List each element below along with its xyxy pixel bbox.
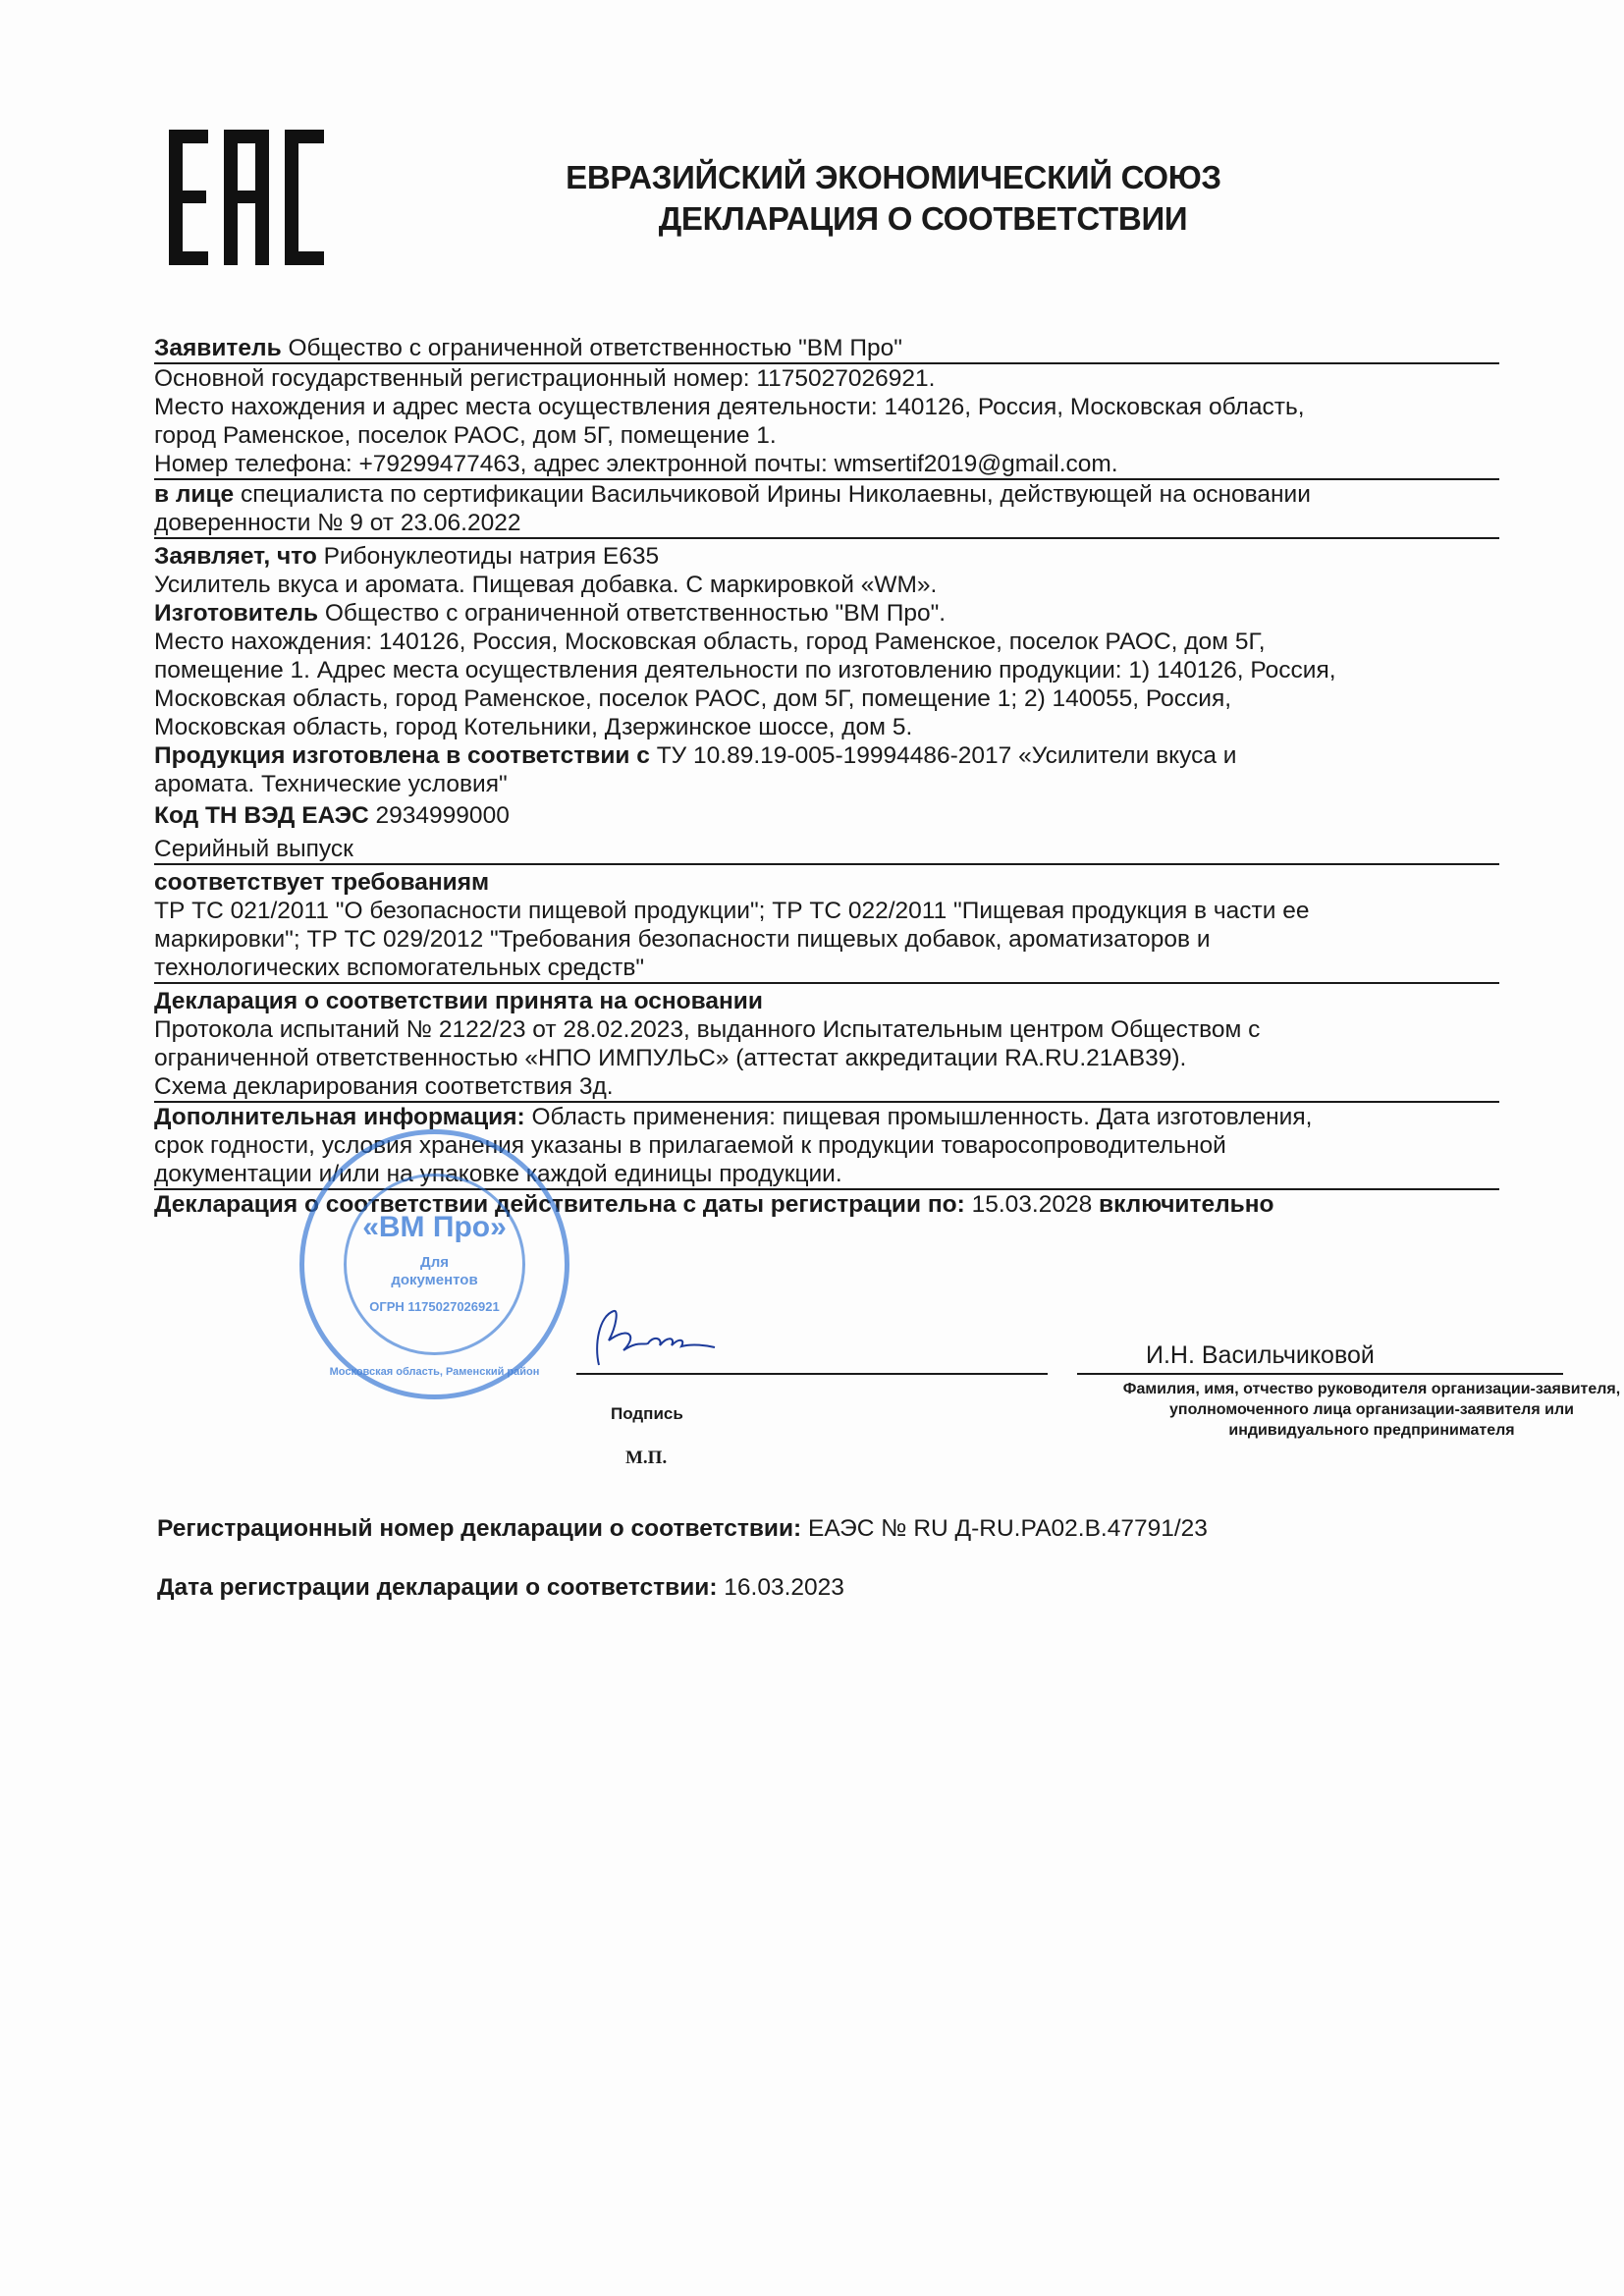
requirements-1: ТР ТС 021/2011 "О безопасности пищевой п…: [154, 897, 1499, 925]
declaration-body: Заявитель Общество с ограниченной ответс…: [154, 334, 1499, 1219]
rep-label: в лице: [154, 481, 234, 508]
registration-number-row: Регистрационный номер декларации о соотв…: [157, 1515, 1208, 1543]
name-line: [1077, 1373, 1563, 1375]
caption-line-2: уполномоченного лица организации-заявите…: [1077, 1399, 1624, 1420]
eac-logo: [169, 130, 324, 265]
caption-line-3: индивидуального предпринимателя: [1077, 1420, 1624, 1441]
reg-number-label: Регистрационный номер декларации о соотв…: [157, 1515, 801, 1542]
basis-label: Декларация о соответствии принята на осн…: [154, 987, 1499, 1015]
standard-label: Продукция изготовлена в соответствии с: [154, 742, 650, 769]
stamp-for-docs-2: документов: [304, 1272, 565, 1288]
applicant-name: Общество с ограниченной ответственностью…: [282, 335, 902, 361]
manufacturer-address-4: Московская область, город Котельники, Дз…: [154, 713, 1499, 741]
manufacturer-address-2: помещение 1. Адрес места осуществления д…: [154, 656, 1499, 684]
handwritten-signature: [569, 1306, 717, 1375]
product-description: Усилитель вкуса и аромата. Пищевая добав…: [154, 571, 1499, 599]
rep-text: специалиста по сертификации Васильчиково…: [234, 481, 1311, 508]
manufacturer-address-1: Место нахождения: 140126, Россия, Москов…: [154, 628, 1499, 656]
applicant-address-1: Место нахождения и адрес места осуществл…: [154, 393, 1499, 421]
hs-code-row: Код ТН ВЭД ЕАЭС 2934999000: [154, 801, 1499, 830]
additional-label: Дополнительная информация:: [154, 1104, 525, 1130]
reg-date: 16.03.2023: [718, 1574, 844, 1601]
signature-label: Подпись: [611, 1404, 683, 1424]
stamp-for-docs-1: Для: [304, 1254, 565, 1271]
signature-block: И.Н. Васильчиковой Фамилия, имя, отчеств…: [154, 1314, 1529, 1471]
manufacturer-row: Изготовитель Общество с ограниченной отв…: [154, 599, 1499, 628]
registration-date-row: Дата регистрации декларации о соответств…: [157, 1574, 844, 1602]
requirements-2: маркировки"; ТР ТС 029/2012 "Требования …: [154, 925, 1499, 954]
manufacturer-name: Общество с ограниченной ответственностью…: [318, 600, 946, 627]
standard-row: Продукция изготовлена в соответствии с Т…: [154, 741, 1499, 770]
header-doc-title: ДЕКЛАРАЦИЯ О СООТВЕТСТВИИ: [530, 198, 1257, 240]
basis-heading: Декларация о соответствии принята на осн…: [154, 988, 763, 1014]
applicant-contacts: Номер телефона: +79299477463, адрес элек…: [154, 450, 1499, 480]
basis-scheme: Схема декларирования соответствия 3д.: [154, 1072, 1499, 1103]
representative-row: в лице специалиста по сертификации Васил…: [154, 480, 1499, 509]
manufacturer-address-3: Московская область, город Раменское, пос…: [154, 684, 1499, 713]
hs-label: Код ТН ВЭД ЕАЭС: [154, 802, 369, 829]
requirements-label: соответствует требованиям: [154, 868, 1499, 897]
header-union-title: ЕВРАЗИЙСКИЙ ЭКОНОМИЧЕСКИЙ СОЮЗ: [530, 157, 1257, 198]
requirements-heading: соответствует требованиям: [154, 869, 489, 896]
caption-line-1: Фамилия, имя, отчество руководителя орга…: [1077, 1379, 1624, 1399]
validity-suffix: включительно: [1099, 1191, 1273, 1218]
reg-date-label: Дата регистрации декларации о соответств…: [157, 1574, 718, 1601]
seal-label: М.П.: [625, 1448, 667, 1469]
validity-date: 15.03.2028: [965, 1191, 1099, 1218]
applicant-address-2: город Раменское, поселок РАОС, дом 5Г, п…: [154, 421, 1499, 450]
requirements-3: технологических вспомогательных средств": [154, 954, 1499, 984]
standard-text: ТУ 10.89.19-005-19994486-2017 «Усилители…: [650, 742, 1237, 769]
standard-row-2: аромата. Технические условия": [154, 770, 1499, 798]
document-header: ЕВРАЗИЙСКИЙ ЭКОНОМИЧЕСКИЙ СОЮЗ ДЕКЛАРАЦИ…: [530, 157, 1257, 240]
basis-2: ограниченной ответственностью «НПО ИМПУЛ…: [154, 1044, 1499, 1072]
declares-label: Заявляет, что: [154, 543, 317, 570]
applicant-label: Заявитель: [154, 335, 282, 361]
representative-row-2: доверенности № 9 от 23.06.2022: [154, 509, 1499, 539]
stamp-ogrn: ОГРН 1175027026921: [304, 1299, 565, 1314]
applicant-row: Заявитель Общество с ограниченной ответс…: [154, 334, 1499, 364]
signatory-caption: Фамилия, имя, отчество руководителя орга…: [1077, 1379, 1624, 1441]
product-name: Рибонуклеотиды натрия Е635: [317, 543, 659, 570]
basis-1: Протокола испытаний № 2122/23 от 28.02.2…: [154, 1015, 1499, 1044]
additional-text: Область применения: пищевая промышленнос…: [525, 1104, 1313, 1130]
series-row: Серийный выпуск: [154, 835, 1499, 865]
signatory-name: И.Н. Васильчиковой: [1146, 1341, 1375, 1370]
stamp-company: «ВМ Про»: [304, 1211, 565, 1244]
manufacturer-label: Изготовитель: [154, 600, 318, 627]
applicant-ogrn: Основной государственный регистрационный…: [154, 364, 1499, 393]
declares-row: Заявляет, что Рибонуклеотиды натрия Е635: [154, 542, 1499, 571]
reg-number: ЕАЭС № RU Д-RU.РА02.В.47791/23: [801, 1515, 1208, 1542]
hs-code: 2934999000: [369, 802, 510, 829]
additional-row: Дополнительная информация: Область приме…: [154, 1103, 1499, 1131]
